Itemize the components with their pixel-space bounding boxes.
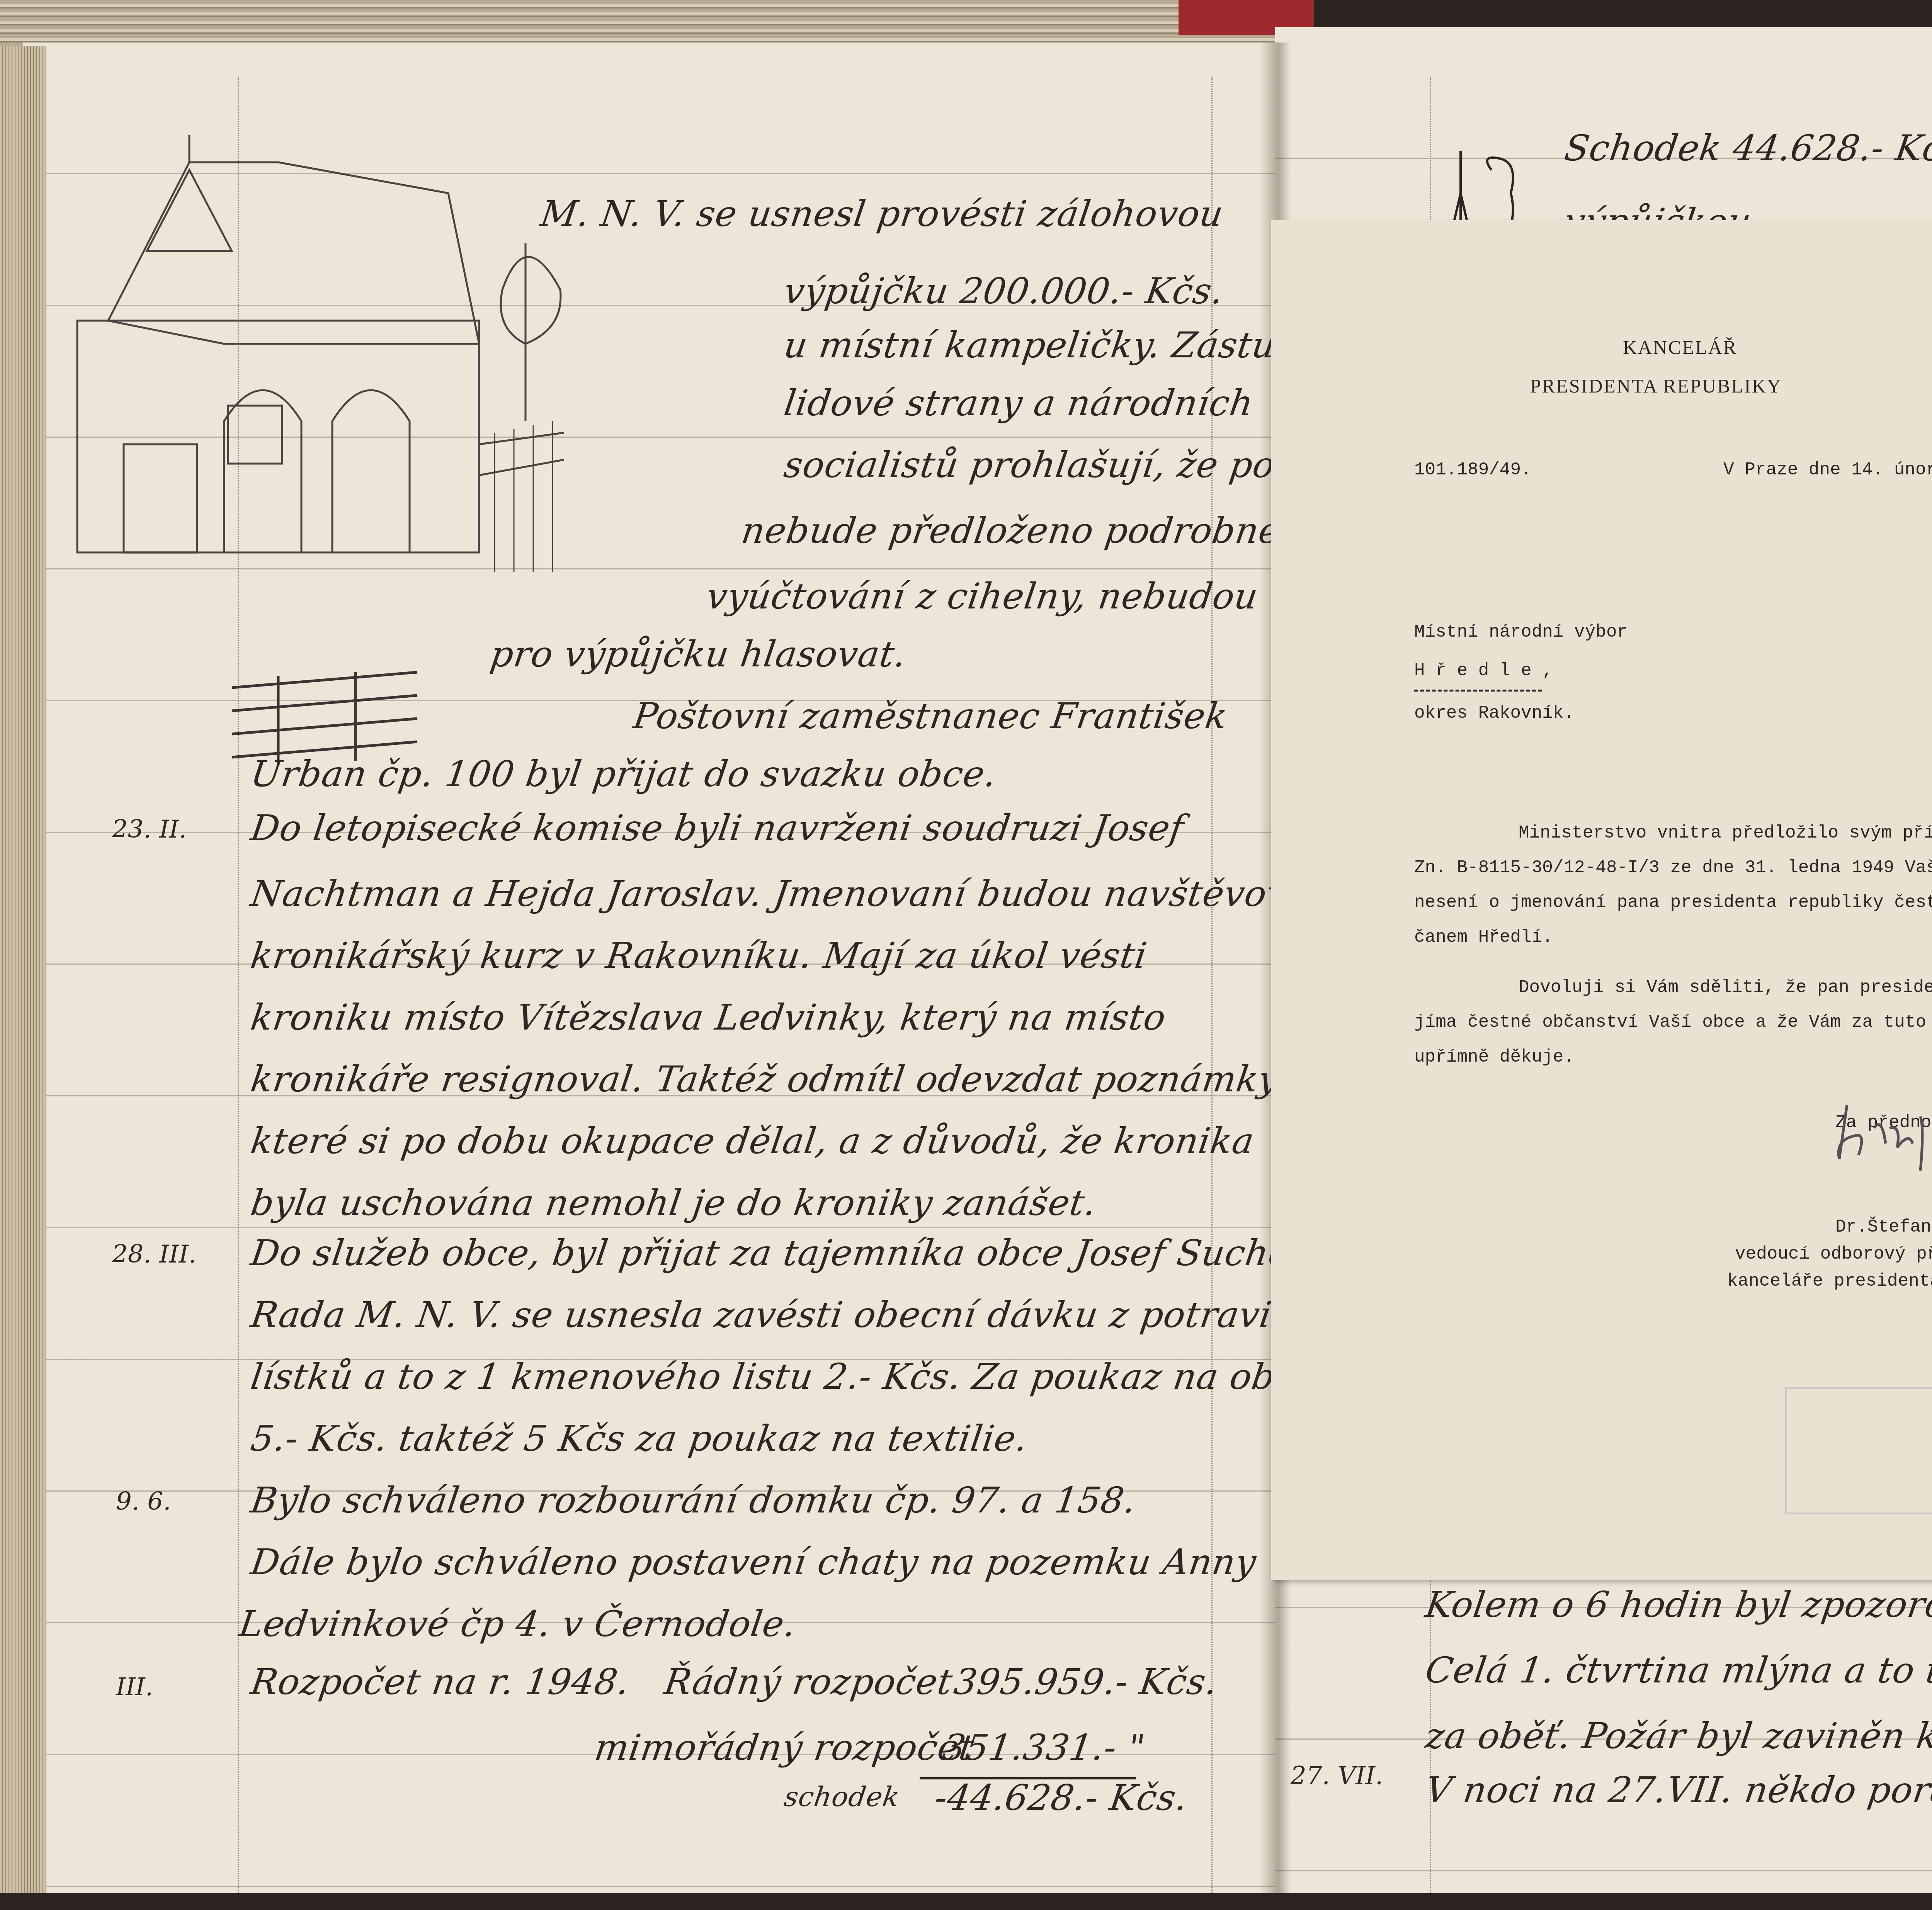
left-page-stack-edge (0, 46, 46, 1893)
entry-date: III. (116, 1673, 153, 1701)
entry-date: 28. III. (112, 1240, 196, 1269)
recipient-underline (1414, 690, 1542, 692)
handwritten-signature-icon (1832, 1093, 1932, 1171)
handwritten-line: 5.- Kčs. taktéž 5 Kčs za poukaz na texti… (248, 1418, 1030, 1459)
letter-body-line: čanem Hředlí. (1414, 927, 1553, 947)
handwritten-line: Celá 1. čtvrtina mlýna a to tak zvané si… (1423, 1650, 1932, 1691)
handwritten-line: výpůjčku 200.000.- Kčs. (781, 270, 1226, 312)
deficit-label: schodek (782, 1781, 902, 1813)
handwritten-line: Do letopisecké komise byli navrženi soud… (248, 807, 1186, 849)
handwritten-line: kroniku místo Vítězslava Ledvinky, který… (248, 997, 1168, 1038)
budget-label: Rozpočet na r. (248, 1661, 528, 1703)
recipient-line2: H ř e d l e , (1414, 661, 1553, 681)
regular-budget-value: 395.959.- Kčs. (951, 1661, 1220, 1703)
handwritten-line: Rada M. N. V. se usnesla zavésti obecní … (248, 1294, 1404, 1336)
cottage-drawing-icon (62, 127, 564, 630)
handwritten-line: kronikářský kurz v Rakovníku. Mají za úk… (248, 935, 1150, 976)
handwritten-line: Do služeb obce, byl přijat za tajemníka … (248, 1232, 1331, 1274)
letter-body-line: jíma čestné občanství Vaší obce a že Vám… (1414, 1012, 1932, 1032)
letter-header-line1: KANCELÁŘ (1623, 336, 1737, 359)
recipient-line3: okres Rakovník. (1414, 703, 1574, 723)
handwritten-line: V noci na 27.VII. někdo porazil lípu, Sv… (1423, 1769, 1932, 1811)
handwritten-line: lístků a to z 1 kmenového listu 2.- Kčs.… (248, 1356, 1321, 1397)
letter-body-line: nesení o jmenování pana presidenta repub… (1414, 892, 1932, 913)
signatory-title2: kanceláře presidenta republiky. (1727, 1271, 1932, 1291)
handwritten-line: kronikáře resignoval. Taktéž odmítl odev… (248, 1059, 1282, 1100)
faded-receipt-stamp (1785, 1387, 1932, 1514)
handwritten-line: u místní kampeličky. Zástupci (781, 325, 1333, 366)
handwritten-line: Schodek 44.628.- Kčs. uhradí se přirážko… (1562, 127, 1932, 169)
letter-reference-number: 101.189/49. (1414, 460, 1532, 480)
extraordinary-budget-value: 351.331.- " (940, 1727, 1148, 1768)
signatory-name: Dr.Štefan Rais, (1835, 1217, 1932, 1237)
entry-date: 27. VII. (1291, 1762, 1383, 1790)
handwritten-line: lidové strany a národních (781, 382, 1256, 424)
handwritten-line: za oběť. Požár byl zaviněn krátkým spoje… (1423, 1715, 1932, 1757)
handwritten-line: M. N. V. se usnesl provésti zálohovou (538, 193, 1226, 235)
letter-body-line: upřímně děkuje. (1414, 1047, 1574, 1067)
handwritten-line: Kolem o 6 hodin byl zpozorován oheň ve m… (1423, 1584, 1932, 1625)
handwritten-line: pro výpůjčku hlasovat. (488, 634, 909, 675)
letter-body-line: Ministerstvo vnitra předložilo svým příp… (1519, 823, 1932, 843)
handwritten-line: které si po dobu okupace dělal, a z důvo… (248, 1120, 1257, 1162)
handwritten-line: socialistů prohlašují, že pokud (781, 444, 1346, 486)
recipient-line1: Místní národní výbor (1414, 622, 1628, 642)
handwritten-line: byla uschována nemohl je do kroniky zaná… (248, 1182, 1099, 1223)
budget-heading: Rozpočet na r. 1948. (248, 1661, 632, 1703)
cottage-sketch (62, 127, 564, 630)
letter-body-line: Zn. B-8115-30/12-48-I/3 ze dne 31. ledna… (1414, 858, 1932, 878)
entry-date: 23. II. (112, 815, 187, 844)
handwritten-line: vyúčtování z cihelny, nebudou (704, 576, 1261, 617)
deficit-value: -44.628.- Kčs. (932, 1777, 1190, 1818)
handwritten-line: Urban čp. 100 byl přijat do svazku obce. (248, 753, 999, 795)
regular-budget-label: Řádný rozpočet (662, 1661, 955, 1703)
handwritten-line: Ledvinkové čp 4. v Černodole. (236, 1603, 799, 1645)
extraordinary-budget-label: mimořádný rozpočet (592, 1727, 977, 1768)
letter-header-line2: PRESIDENTA REPUBLIKY (1530, 375, 1782, 397)
handwritten-line: Bylo schváleno rozbourání domku čp. 97. … (248, 1480, 1139, 1521)
handwritten-line: nebude předloženo podrobné (739, 510, 1283, 551)
handwritten-line: Nachtman a Hejda Jaroslav. Jmenovaní bud… (248, 873, 1338, 914)
handwritten-line: Poštovní zaměstnanec František (631, 695, 1230, 737)
budget-year: 1948 (523, 1661, 621, 1703)
presidential-office-letter: KANCELÁŘ PRESIDENTA REPUBLIKY 101.189/49… (1271, 220, 1932, 1580)
letter-body-line: Dovoluji si Vám sděliti, že pan presiden… (1519, 977, 1932, 997)
letter-place-date: V Praze dne 14. února 1949. (1723, 460, 1932, 480)
entry-date: 9. 6. (116, 1487, 171, 1516)
signatory-title1: vedoucí odborový přednosta (1735, 1244, 1932, 1264)
handwritten-line: Dále bylo schváleno postavení chaty na p… (248, 1541, 1259, 1583)
